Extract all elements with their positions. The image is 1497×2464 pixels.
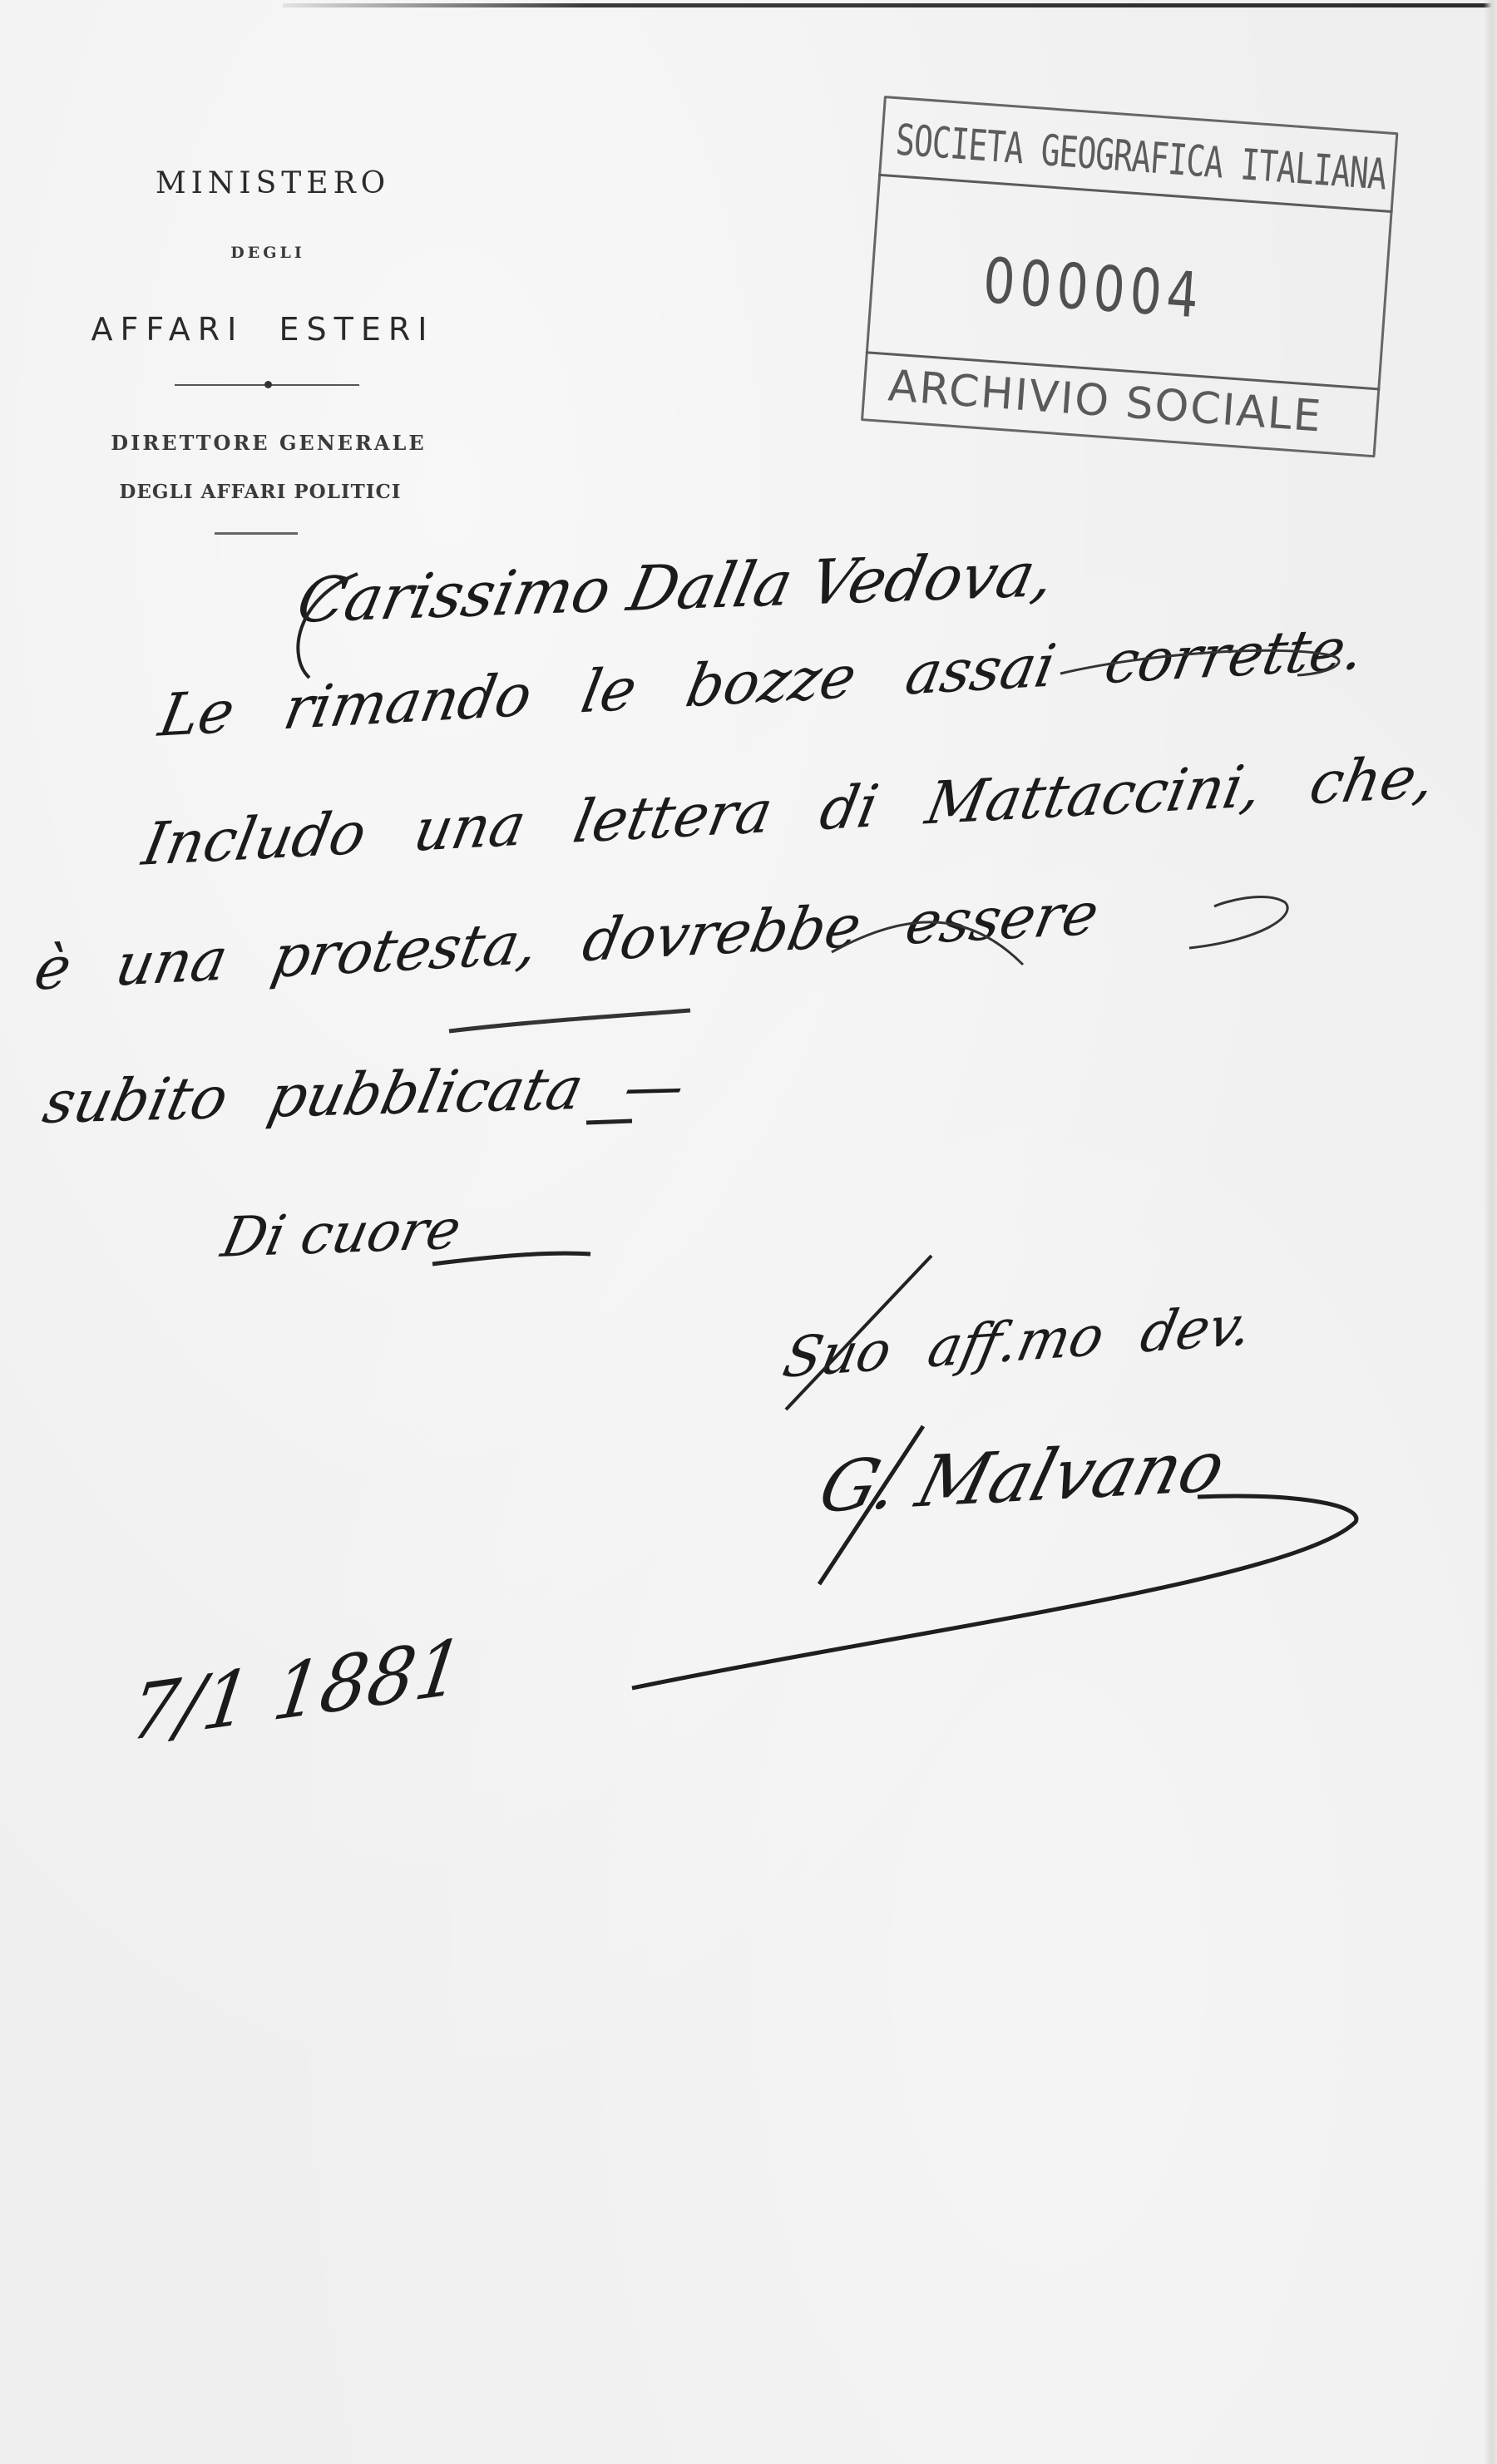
letterhead-direttore-generale: DIRETTORE GENERALE <box>83 431 454 455</box>
letterhead-affari-esteri: AFFARI ESTERI <box>67 311 459 348</box>
letterhead-affari-politici: DEGLI AFFARI POLITICI <box>113 481 408 503</box>
letter-closing: Di cuore <box>216 1197 467 1270</box>
letterhead-rule-dot <box>264 381 272 388</box>
page-right-edge <box>1484 0 1497 2464</box>
archive-stamp: SOCIETA GEOGRAFICA ITALIANA 000004 ARCHI… <box>861 96 1398 457</box>
letterhead-ministero: MINISTERO <box>116 166 429 200</box>
letterhead-degli: DEGLI <box>212 244 324 262</box>
letterhead-short-rule <box>215 532 298 535</box>
page-top-edge <box>283 3 1497 7</box>
